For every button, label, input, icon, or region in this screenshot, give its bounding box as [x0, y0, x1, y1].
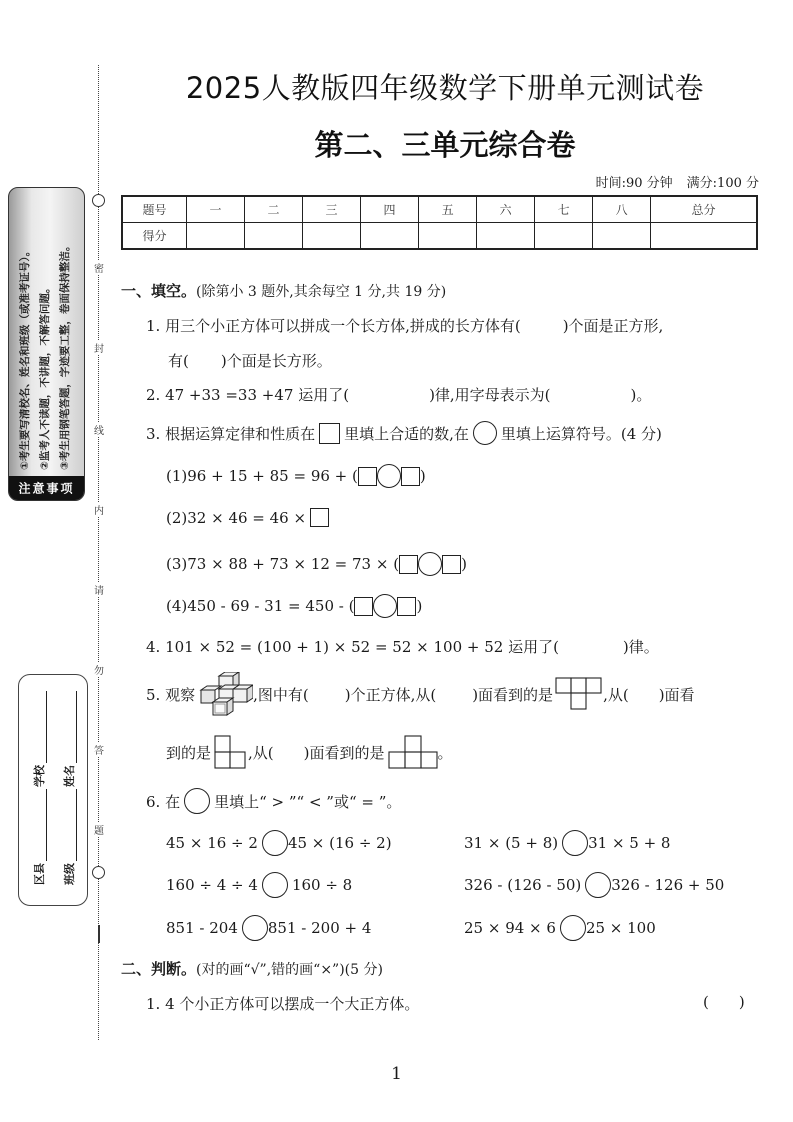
question-text: 1. 用三个小正方体可以拼成一个长方体,拼成的长方体有( [146, 315, 521, 336]
question-text: 2. 47 +33 =33 +47 运用了( [146, 384, 349, 405]
score-cell: 题号 [122, 196, 187, 223]
notice-item-2: ②监考人不读题，不讲题，不解答问题。 [35, 195, 55, 470]
page-subtitle: 第二、三单元综合卷 [110, 123, 780, 164]
name-label: 姓名 [61, 765, 77, 787]
number-box[interactable] [358, 467, 377, 486]
score-cell: 八 [593, 196, 651, 223]
operator-circle[interactable] [377, 464, 401, 488]
equation-text: (2)32 × 46 = 46 × [166, 509, 306, 527]
score-cell: 二 [245, 196, 303, 223]
notice-item-3: ③考生用钢笔答题，字迹要工整，卷面保持整洁。 [55, 195, 75, 470]
equation-text: ) [420, 467, 426, 485]
class-label: 班级 [61, 863, 77, 885]
score-input-cell[interactable] [361, 223, 419, 250]
question-5-line-2: 到的是 ,从( )面看到的是 。 [166, 734, 453, 770]
expression: 851 - 204 [166, 919, 238, 937]
question-text: )面看 [659, 684, 695, 705]
score-cell: 六 [477, 196, 535, 223]
expression: 45 × (16 ÷ 2) [288, 834, 392, 852]
full-score: 满分:100 分 [687, 176, 759, 191]
expression: 160 ÷ 8 [292, 876, 352, 894]
expression: 851 - 200 + 4 [268, 919, 372, 937]
section-1-heading: 一、填空。 (除第小 3 题外,其余每空 1 分,共 19 分) [121, 280, 446, 301]
view-l-shape-icon [214, 735, 248, 769]
equation-text: (3)73 × 88 + 73 × 12 = 73 × ( [166, 555, 399, 573]
district-field[interactable] [34, 789, 47, 861]
seal-char: 题 [92, 822, 106, 837]
score-cell: 四 [361, 196, 419, 223]
equation-text: ) [461, 555, 467, 573]
judge-answer-box[interactable]: ( ) [703, 993, 745, 1011]
number-box[interactable] [401, 467, 420, 486]
expression: 25 × 100 [586, 919, 656, 937]
score-table: 题号 一 二 三 四 五 六 七 八 总分 得分 [121, 195, 758, 250]
equation-text: (1)96 + 15 + 85 = 96 + ( [166, 467, 358, 485]
expression: 326 - 126 + 50 [611, 876, 724, 894]
operator-circle[interactable] [418, 552, 442, 576]
question-text: )个面是正方形, [563, 315, 664, 336]
school-field[interactable] [34, 691, 47, 763]
number-box[interactable] [354, 597, 373, 616]
score-input-cell[interactable] [187, 223, 245, 250]
question-text: 里填上运算符号。(4 分) [501, 423, 662, 444]
number-box[interactable] [310, 508, 329, 527]
compare-circle[interactable] [562, 830, 588, 856]
paren: ) [739, 993, 745, 1011]
expression: 31 × (5 + 8) [464, 834, 558, 852]
score-cell: 三 [303, 196, 361, 223]
section-2-heading: 二、判断。 (对的画“√”,错的画“×”)(5 分) [121, 958, 383, 979]
info-column-2: 班级 姓名 [61, 685, 77, 885]
equation-text: (4)450 - 69 - 31 = 450 - ( [166, 597, 354, 615]
expression: 326 - (126 - 50) [464, 876, 581, 894]
score-input-cell[interactable] [477, 223, 535, 250]
question-3-part-3: (3)73 × 88 + 73 × 12 = 73 × ( ) [166, 552, 467, 576]
seal-binding-line [98, 65, 99, 1040]
judge-question-1: 1. 4 个小正方体可以摆成一个大正方体。 [146, 993, 419, 1014]
compare-row-1-right: 31 × (5 + 8) 31 × 5 + 8 [464, 830, 670, 856]
score-input-cell[interactable] [245, 223, 303, 250]
question-text: 1. 4 个小正方体可以摆成一个大正方体。 [146, 993, 419, 1014]
binding-mark [98, 925, 100, 943]
score-table-header-row: 题号 一 二 三 四 五 六 七 八 总分 [122, 196, 757, 223]
square-box-icon [319, 423, 340, 444]
compare-row-3-right: 25 × 94 × 6 25 × 100 [464, 915, 656, 941]
page-number: 1 [0, 1064, 793, 1084]
seal-char: 密 [92, 260, 106, 275]
district-label: 区县 [31, 863, 47, 885]
question-3-part-1: (1)96 + 15 + 85 = 96 + ( ) [166, 464, 426, 488]
compare-row-3-left: 851 - 204 851 - 200 + 4 [166, 915, 371, 941]
notice-items: ①考生要写清校名、姓名和班级（或准考证号）。 ②监考人不读题，不讲题，不解答问题… [15, 195, 75, 470]
question-3: 3. 根据运算定律和性质在 里填上合适的数,在 里填上运算符号。(4 分) [146, 421, 662, 445]
question-text: ,从( [248, 742, 274, 763]
question-6: 6. 在 里填上“ > ”“ < ”或“ = ”。 [146, 788, 401, 814]
expression: 45 × 16 ÷ 2 [166, 834, 258, 852]
class-field[interactable] [64, 789, 77, 861]
seal-char: 线 [92, 422, 106, 437]
notice-item-1: ①考生要写清校名、姓名和班级（或准考证号）。 [15, 195, 35, 470]
question-1-line-2: 有( )个面是长方形。 [168, 350, 332, 371]
question-text: 6. 在 [146, 791, 180, 812]
question-text: )面看到的是 [472, 684, 553, 705]
score-table-score-row: 得分 [122, 223, 757, 250]
question-text: ,从( [603, 684, 629, 705]
score-input-cell[interactable] [535, 223, 593, 250]
number-box[interactable] [442, 555, 461, 574]
compare-circle[interactable] [585, 872, 611, 898]
question-1-line-1: 1. 用三个小正方体可以拼成一个长方体,拼成的长方体有( )个面是正方形, [146, 315, 663, 336]
compare-circle[interactable] [560, 915, 586, 941]
compare-circle[interactable] [262, 830, 288, 856]
score-cell: 七 [535, 196, 593, 223]
score-input-cell[interactable] [651, 223, 757, 250]
compare-row-2-right: 326 - (126 - 50) 326 - 126 + 50 [464, 872, 724, 898]
compare-circle[interactable] [262, 872, 288, 898]
question-text: 里填上合适的数,在 [344, 423, 469, 444]
question-text: )个正方体,从( [345, 684, 436, 705]
binding-hole-bottom [92, 866, 105, 879]
section-note: (除第小 3 题外,其余每空 1 分,共 19 分) [196, 281, 446, 301]
question-text: 。 [438, 742, 453, 763]
question-5-line-1: 5. 观察 ,图中有( )个正方体,从( )面看到的是 [146, 672, 695, 716]
question-text: 3. 根据运算定律和性质在 [146, 423, 315, 444]
section-note: (对的画“√”,错的画“×”)(5 分) [196, 959, 383, 979]
score-input-cell[interactable] [593, 223, 651, 250]
question-4: 4. 101 × 52 = (100 + 1) × 52 = 52 × 100 … [146, 636, 659, 657]
section-title: 二、判断。 [121, 958, 196, 979]
seal-char: 封 [92, 340, 106, 355]
question-2: 2. 47 +33 =33 +47 运用了( )律,用字母表示为( )。 [146, 384, 651, 405]
view-t-shape-icon [555, 677, 603, 711]
expression: 25 × 94 × 6 [464, 919, 556, 937]
number-box[interactable] [397, 597, 416, 616]
seal-char: 答 [92, 742, 106, 757]
binding-hole-top [92, 194, 105, 207]
question-text: )律,用字母表示为( [429, 384, 550, 405]
paren: ( [703, 993, 709, 1011]
score-input-cell[interactable] [303, 223, 361, 250]
expression: 31 × 5 + 8 [588, 834, 670, 852]
compare-row-2-left: 160 ÷ 4 ÷ 4 160 ÷ 8 [166, 872, 352, 898]
equation-text: ) [416, 597, 422, 615]
question-text: 有( [168, 350, 189, 371]
compare-circle[interactable] [242, 915, 268, 941]
question-text: 里填上“ > ”“ < ”或“ = ”。 [214, 791, 401, 812]
question-text: )律。 [623, 636, 659, 657]
exam-notice-box: 注意事项 ①考生要写清校名、姓名和班级（或准考证号）。 ②监考人不读题，不讲题，… [8, 187, 85, 501]
operator-circle[interactable] [373, 594, 397, 618]
expression: 160 ÷ 4 ÷ 4 [166, 876, 258, 894]
number-box[interactable] [399, 555, 418, 574]
seal-char: 勿 [92, 662, 106, 677]
exam-meta: 时间:90 分钟满分:100 分 [596, 172, 759, 191]
student-info-box: 区县 学校 班级 姓名 [18, 674, 88, 906]
info-column-1: 区县 学校 [31, 685, 47, 885]
score-cell: 一 [187, 196, 245, 223]
notice-header: 注意事项 [9, 476, 84, 500]
score-cell: 总分 [651, 196, 757, 223]
seal-char: 请 [92, 582, 106, 597]
time-limit: 时间:90 分钟 [596, 176, 673, 191]
circle-icon [184, 788, 210, 814]
question-text: 5. 观察 [146, 684, 195, 705]
score-cell: 五 [419, 196, 477, 223]
question-3-part-4: (4)450 - 69 - 31 = 450 - ( ) [166, 594, 422, 618]
circle-icon [473, 421, 497, 445]
view-inverted-t-shape-icon [388, 735, 438, 769]
school-label: 学校 [31, 765, 47, 787]
question-text: 4. 101 × 52 = (100 + 1) × 52 = 52 × 100 … [146, 636, 559, 657]
compare-row-1-left: 45 × 16 ÷ 2 45 × (16 ÷ 2) [166, 830, 392, 856]
question-text: ,图中有( [253, 684, 309, 705]
score-row-label: 得分 [122, 223, 187, 250]
question-text: )。 [631, 384, 652, 405]
page-title: 2025人教版四年级数学下册单元测试卷 [110, 66, 780, 107]
score-input-cell[interactable] [419, 223, 477, 250]
section-title: 一、填空。 [121, 280, 196, 301]
question-text: )个面是长方形。 [221, 350, 332, 371]
notice-title: 注意事项 [18, 480, 74, 497]
question-text: )面看到的是 [304, 742, 385, 763]
cube-stack-figure-icon [195, 672, 253, 716]
seal-char: 内 [92, 502, 106, 517]
question-3-part-2: (2)32 × 46 = 46 × [166, 508, 329, 527]
name-field[interactable] [64, 691, 77, 763]
question-text: 到的是 [166, 742, 211, 763]
